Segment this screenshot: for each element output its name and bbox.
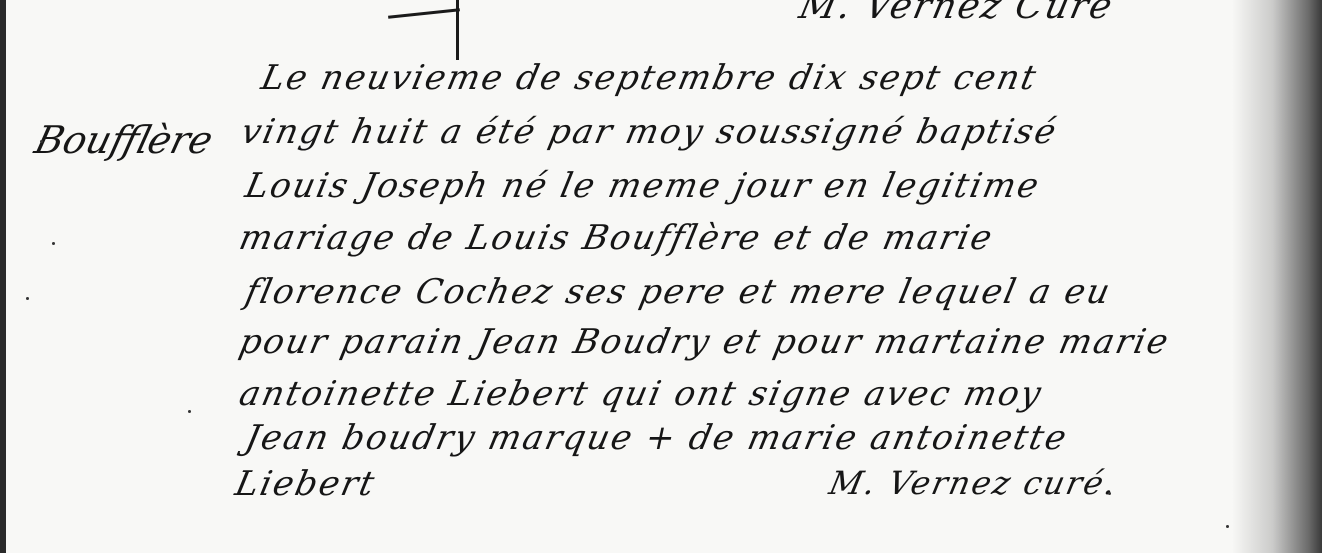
record-line-7: antoinette Liebert qui ont signe avec mo… bbox=[236, 374, 1047, 414]
ink-speck bbox=[52, 242, 55, 245]
record-line-5: florence Cochez ses pere et mere lequel … bbox=[242, 272, 1116, 312]
record-line-6: pour parain Jean Boudry et pour martaine… bbox=[236, 322, 1174, 362]
footer-signature: M. Vernez curé. bbox=[826, 464, 1121, 502]
record-line-8: Jean boudry marque + de marie antoinette bbox=[242, 418, 1072, 458]
record-line-1: Le neuvieme de septembre dix sept cent bbox=[258, 58, 1041, 98]
ink-speck bbox=[1108, 492, 1111, 495]
page-right-edge-shadow bbox=[1232, 0, 1322, 553]
record-line-2: vingt huit a été par moy soussigné bapti… bbox=[238, 112, 1062, 152]
page-left-edge-shadow bbox=[0, 0, 6, 553]
record-line-9: Liebert bbox=[232, 464, 380, 504]
record-line-4: mariage de Louis Boufflère et de marie bbox=[236, 218, 998, 258]
ink-speck bbox=[40, 140, 43, 143]
cross-mark-top bbox=[388, 0, 460, 60]
header-signature: M. Vernez Curé bbox=[796, 0, 1118, 27]
margin-name: Boufflère bbox=[31, 118, 218, 162]
record-line-3: Louis Joseph né le meme jour en legitime bbox=[242, 166, 1044, 206]
ink-speck bbox=[26, 297, 29, 300]
scanned-register-page: M. Vernez Curé Boufflère Le neuvieme de … bbox=[0, 0, 1322, 553]
ink-speck bbox=[188, 410, 191, 413]
record-line-4-text: mariage de Louis Boufflère et de marie bbox=[236, 218, 998, 258]
ink-speck bbox=[1226, 525, 1229, 528]
